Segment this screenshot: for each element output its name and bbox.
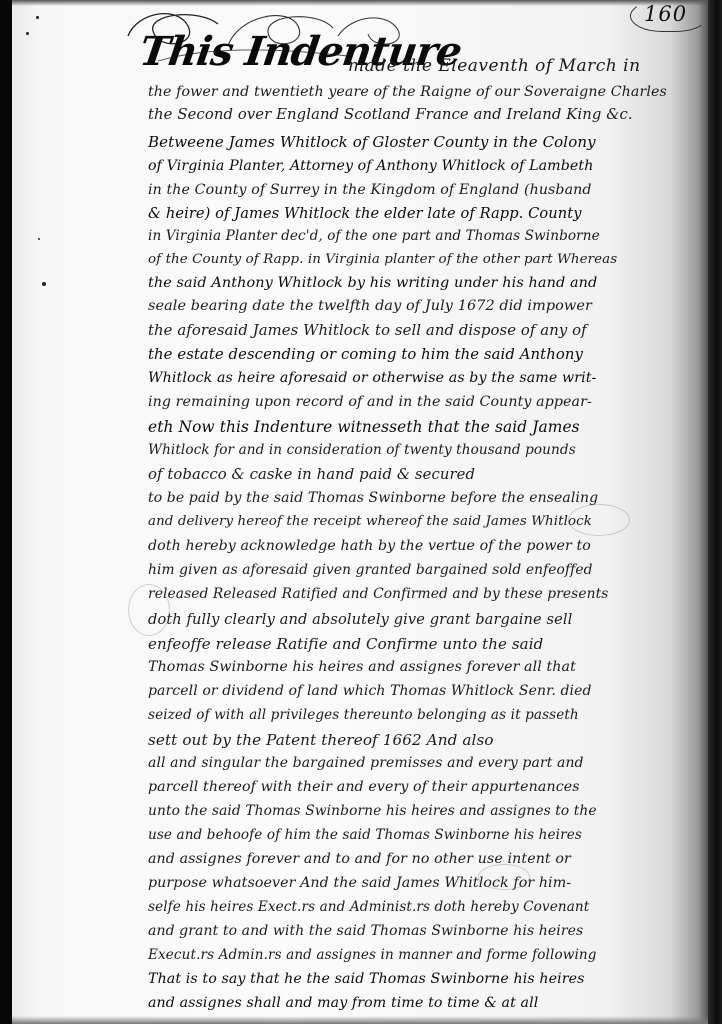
page-number: 160 [644, 2, 687, 26]
text-line: enfeoffe release Ratifie and Confirme un… [148, 635, 543, 653]
text-line: and grant to and with the said Thomas Sw… [148, 923, 583, 939]
binding-edge [708, 0, 722, 1024]
text-line: the said Anthony Whitlock by his writing… [148, 275, 597, 291]
bleed-through-swash [128, 584, 170, 636]
text-line: of the County of Rapp. in Virginia plant… [148, 252, 617, 267]
bleed-through-swash [478, 864, 530, 890]
text-line: parcell or dividend of land which Thomas… [148, 683, 592, 699]
text-line: and assignes shall and may from time to … [148, 995, 538, 1011]
text-line: That is to say that he the said Thomas S… [148, 971, 585, 987]
text-line: released Released Ratified and Confirmed… [148, 586, 608, 602]
text-line: the estate descending or coming to him t… [148, 346, 583, 363]
ink-speck [26, 32, 29, 35]
text-line: Whitlock for and in consideration of twe… [148, 442, 576, 458]
heading-continuation: made the Eleaventh of March in [348, 56, 641, 76]
text-line: seale bearing date the twelfth day of Ju… [148, 298, 592, 314]
text-line: doth fully clearly and absolutely give g… [148, 611, 572, 628]
ink-speck [38, 238, 40, 240]
text-line: sett out by the Patent thereof 1662 And … [148, 731, 494, 749]
ink-speck [42, 282, 46, 286]
ink-speck [36, 16, 39, 19]
text-line: of Virginia Planter, Attorney of Anthony… [148, 158, 593, 174]
text-line: parcell thereof with their and every of … [148, 779, 580, 795]
text-line: use and behoofe of him the said Thomas S… [148, 827, 582, 843]
text-line: in Virginia Planter dec'd, of the one pa… [148, 228, 600, 244]
text-line: the fower and twentieth yeare of the Rai… [148, 84, 667, 100]
text-line: the Second over England Scotland France … [148, 106, 633, 123]
text-line: doth hereby acknowledge hath by the vert… [148, 538, 591, 554]
text-line: Whitlock as heire aforesaid or otherwise… [148, 370, 596, 386]
page-bottom-edge [12, 1016, 712, 1024]
text-line: seized of with all privileges thereunto … [148, 707, 579, 723]
text-line: to be paid by the said Thomas Swinborne … [148, 490, 598, 506]
text-line: all and singular the bargained premisses… [148, 755, 584, 771]
text-line: in the County of Surrey in the Kingdom o… [148, 182, 592, 198]
text-line: Betweene James Whitlock of Gloster Count… [148, 133, 596, 151]
text-line: Thomas Swinborne his heires and assignes… [148, 659, 576, 675]
text-line: and delivery hereof the receipt whereof … [148, 514, 592, 529]
text-line: Execut.rs Admin.rs and assignes in manne… [148, 947, 597, 963]
bleed-through-swash [568, 504, 630, 536]
text-line: of tobacco & caske in hand paid & secure… [148, 466, 475, 483]
text-line: selfe his heires Exect.rs and Administ.r… [148, 899, 589, 915]
text-line: the aforesaid James Whitlock to sell and… [148, 322, 587, 339]
text-line: unto the said Thomas Swinborne his heire… [148, 803, 597, 819]
text-line: ing remaining upon record of and in the … [148, 394, 592, 410]
text-line: eth Now this Indenture witnesseth that t… [148, 418, 580, 436]
text-line: him given as aforesaid given granted bar… [148, 562, 593, 578]
text-line: & heire) of James Whitlock the elder lat… [148, 205, 582, 222]
